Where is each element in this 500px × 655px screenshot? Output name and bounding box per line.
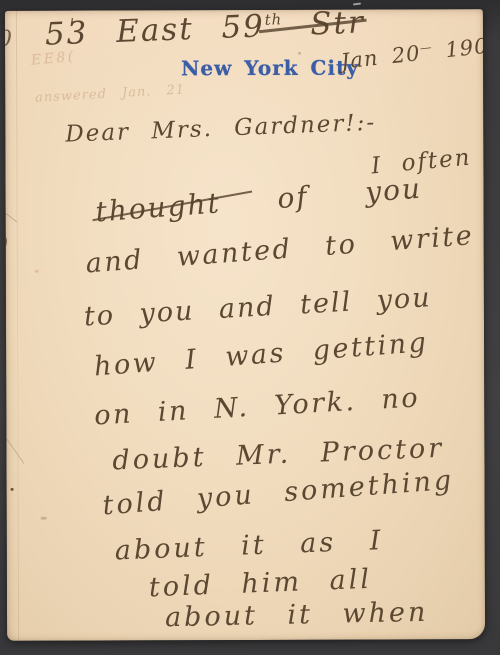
ink-speck: [298, 52, 301, 55]
cutoff-writing-mark-mid: ): [5, 231, 11, 257]
accession-mark: EE8(: [30, 50, 76, 68]
body-line: about it as I: [114, 527, 384, 564]
address-ordinal: th: [264, 10, 282, 29]
address-text: 53 East 59: [44, 9, 265, 53]
letterhead: New York City: [181, 58, 359, 79]
date-day: Jan 20: [340, 41, 422, 73]
date-year: 1900,: [444, 31, 485, 62]
ink-speck: [11, 488, 14, 491]
salutation: Dear Mrs. Gardner!:-: [65, 112, 377, 147]
strikethrough-word: thought: [95, 189, 222, 226]
body-line: on in N. York. no: [94, 384, 421, 429]
ink-speck: [35, 270, 39, 273]
paper-fold-edge: [16, 11, 19, 641]
letter-paper: 53 East 59th Str New York City Jan 20— 1…: [5, 9, 485, 641]
paper-crease: [5, 210, 17, 222]
struck-street-word: Str: [310, 9, 366, 40]
date-ordinal-stroke: —: [419, 40, 432, 55]
body-line: told him all: [148, 566, 372, 602]
body-line: and wanted to write: [85, 222, 475, 277]
body-line-text: of you: [219, 172, 423, 220]
body-line: to you and tell you: [83, 284, 432, 330]
body-line: about it when: [165, 599, 429, 632]
mat-scratch: [353, 2, 361, 5]
pencil-speck: [41, 517, 47, 520]
answered-note: answered Jan. 21: [35, 83, 186, 104]
cutoff-writing-mark-top: 0: [5, 29, 14, 51]
body-line: how I was getting: [93, 329, 429, 380]
paper-crease: [6, 439, 24, 464]
address-line: 53 East 59th Str: [44, 9, 365, 51]
body-line: thought of you: [95, 175, 423, 227]
